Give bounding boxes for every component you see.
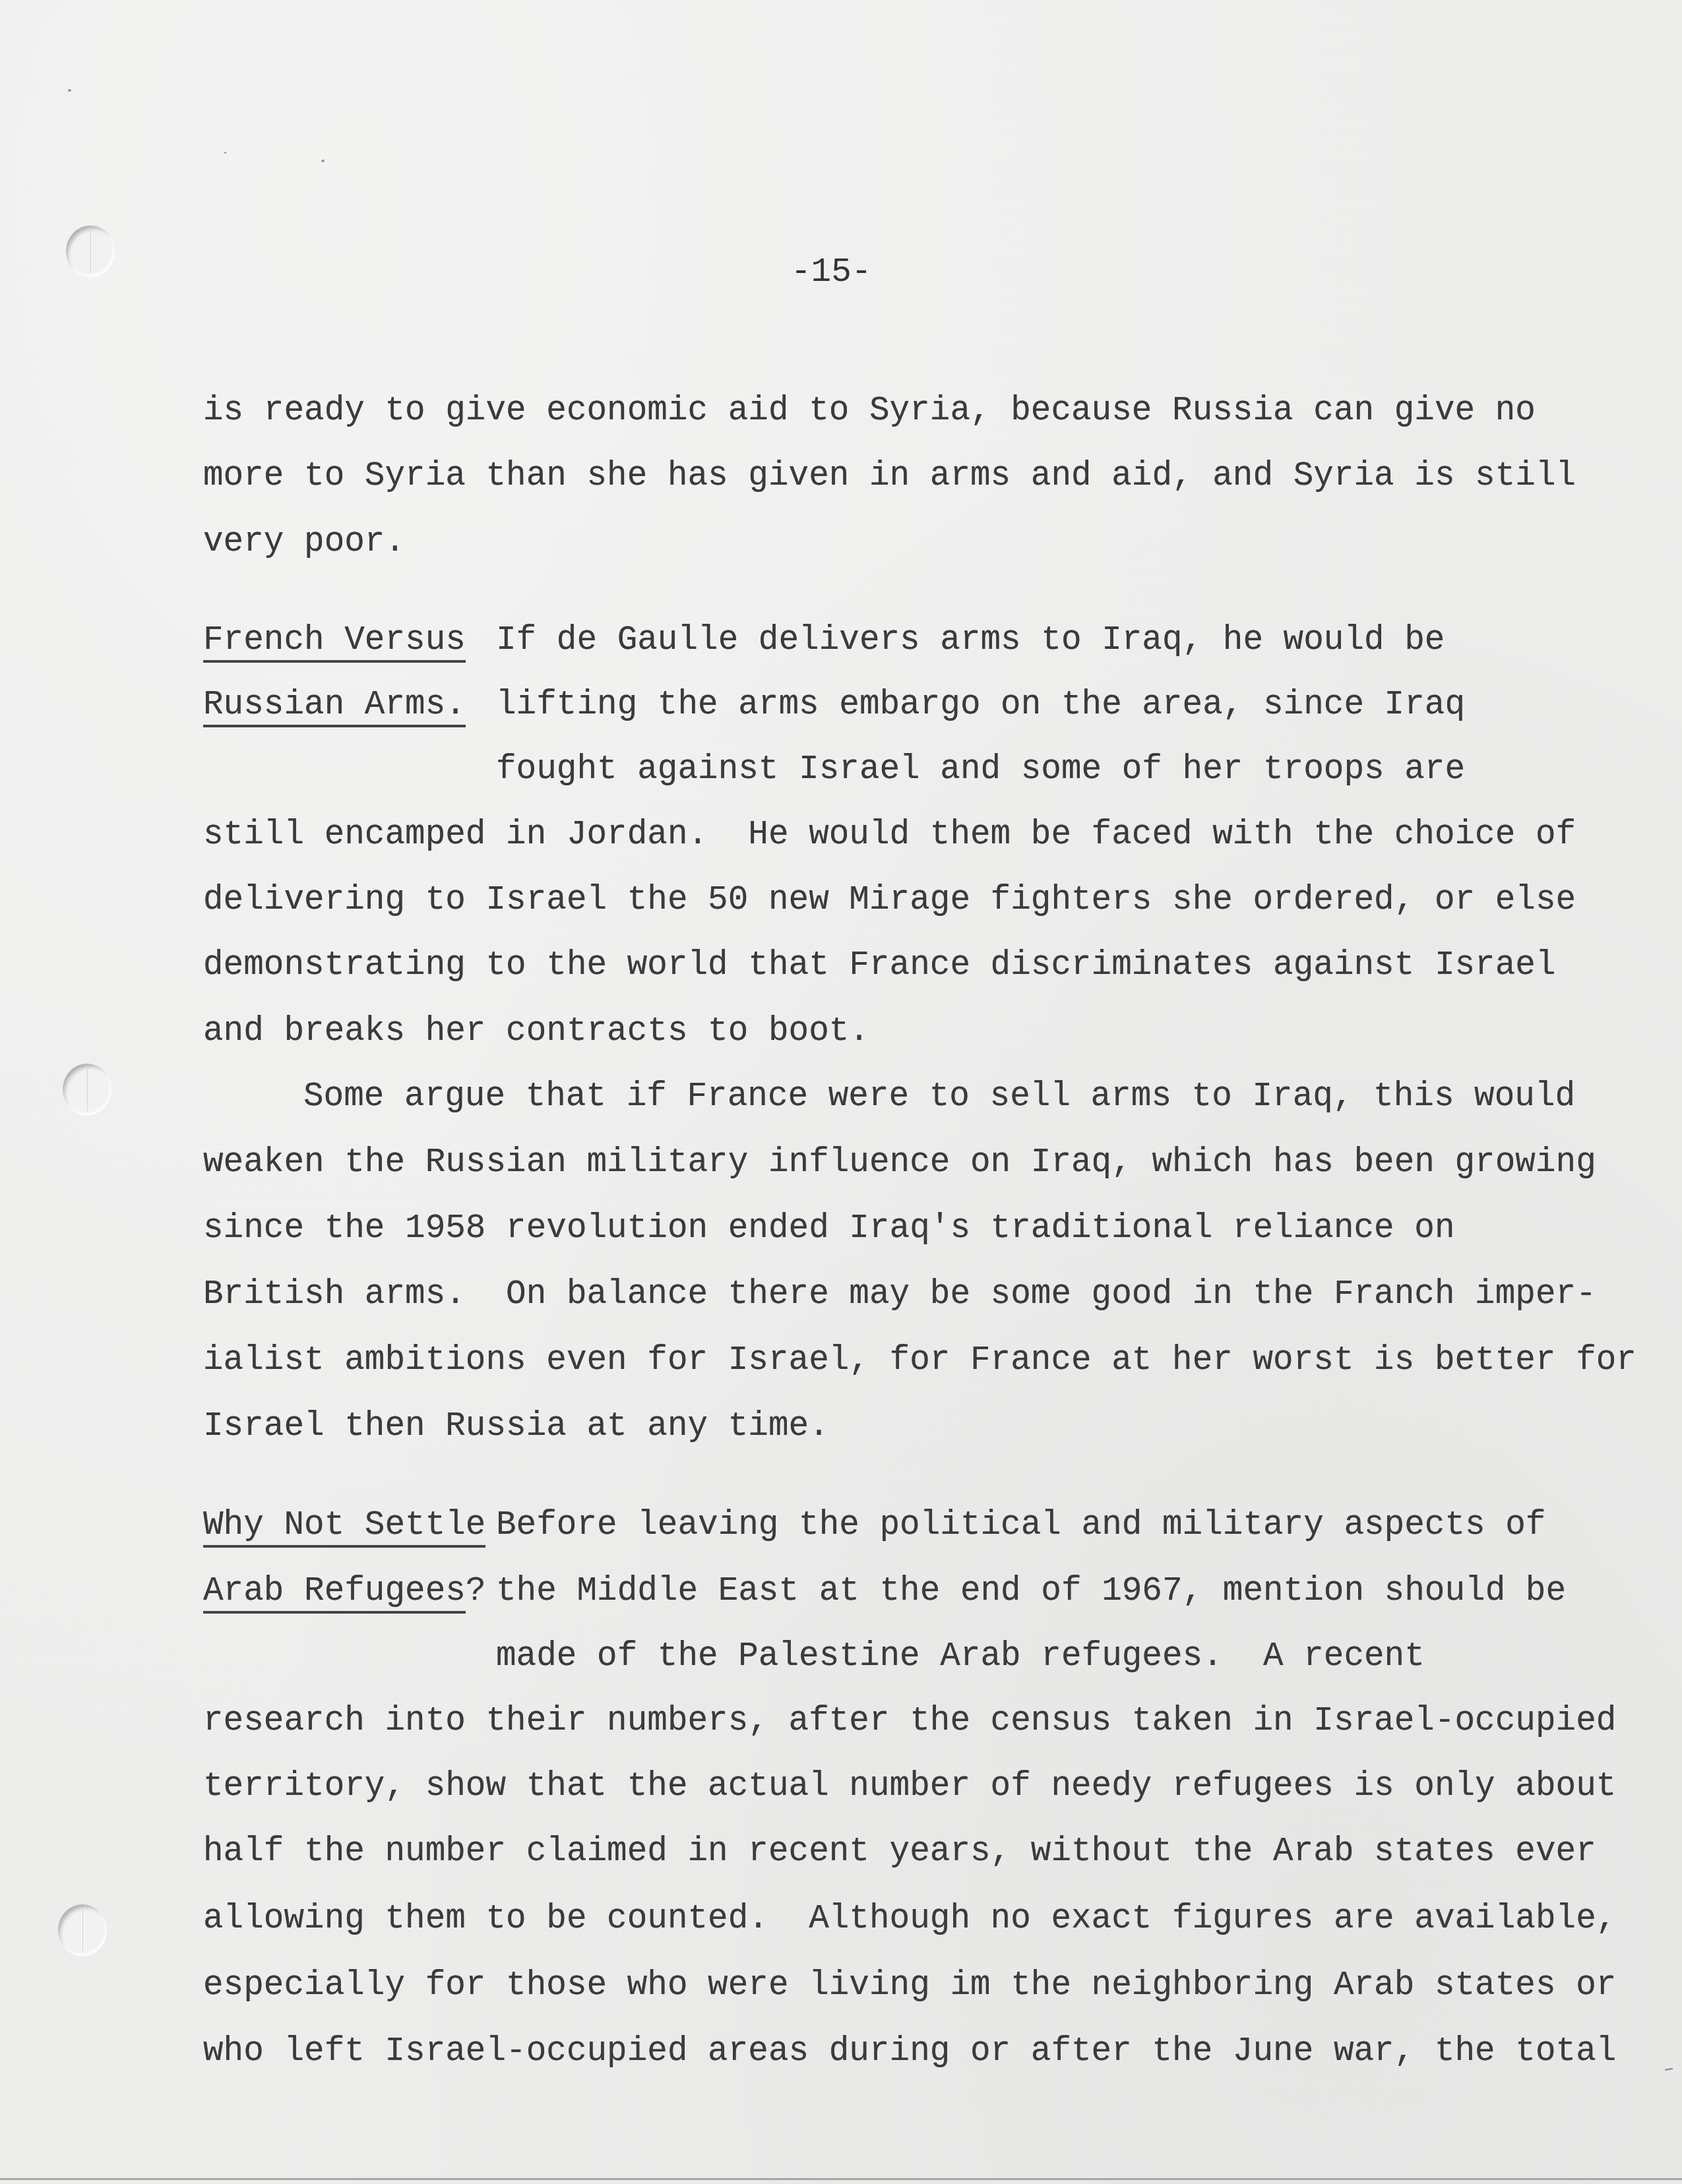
side-heading-line-2: Russian Arms.: [203, 688, 466, 727]
text-line: demonstrating to the world that France d…: [203, 949, 1556, 983]
side-heading-text: Arab Refugees: [203, 1575, 466, 1614]
text-line: Before leaving the political and militar…: [496, 1509, 1545, 1542]
dust-speck: [321, 160, 325, 162]
typewritten-page: -15- is ready to give economic aid to Sy…: [0, 0, 1682, 2184]
text-line: delivering to Israel the 50 new Mirage f…: [203, 884, 1576, 917]
text-line: territory, show that the actual number o…: [203, 1770, 1616, 1804]
text-line: fought against Israel and some of her tr…: [496, 753, 1465, 787]
text-line: the Middle East at the end of 1967, ment…: [496, 1575, 1566, 1608]
dust-speck: [68, 89, 71, 92]
text-line: made of the Palestine Arab refugees. A r…: [496, 1640, 1425, 1674]
text-line: especially for those who were living im …: [203, 1969, 1616, 2003]
page-number: -15-: [791, 256, 871, 289]
text-line: is ready to give economic aid to Syria, …: [203, 394, 1536, 428]
side-heading-line-2: Arab Refugees?: [203, 1575, 485, 1614]
text-line: research into their numbers, after the c…: [203, 1705, 1616, 1738]
text-line: allowing them to be counted. Although no…: [203, 1902, 1616, 1936]
side-heading-text: Russian Arms.: [203, 688, 466, 727]
text-line: very poor.: [203, 526, 405, 559]
text-line: half the number claimed in recent years,…: [203, 1835, 1596, 1869]
text-line: ialist ambitions even for Israel, for Fr…: [203, 1344, 1636, 1378]
text-line: weaken the Russian military influence on…: [203, 1146, 1596, 1180]
side-heading-line-1: Why Not Settle: [203, 1509, 485, 1548]
side-heading-text: French Versus: [203, 624, 466, 663]
punch-hole-middle: [63, 1064, 111, 1115]
text-line: Israel then Russia at any time.: [203, 1410, 829, 1443]
punch-hole-top: [66, 226, 115, 277]
text-line: who left Israel-occupied areas during or…: [203, 2035, 1616, 2069]
dust-speck: [224, 152, 226, 154]
text-line: and breaks her contracts to boot.: [203, 1015, 869, 1048]
text-line: If de Gaulle delivers arms to Iraq, he w…: [496, 624, 1445, 657]
text-line: Some argue that if France were to sell a…: [303, 1080, 1575, 1114]
text-line: still encamped in Jordan. He would them …: [203, 818, 1576, 852]
text-line: British arms. On balance there may be so…: [203, 1278, 1596, 1312]
text-line: lifting the arms embargo on the area, si…: [496, 688, 1465, 722]
side-heading-punctuation: ?: [466, 1573, 486, 1610]
side-heading-text: Why Not Settle: [203, 1509, 485, 1548]
page-bottom-edge: [0, 2178, 1682, 2180]
text-line: more to Syria than she has given in arms…: [203, 460, 1576, 493]
margin-tick-mark: [1665, 2068, 1673, 2071]
punch-hole-bottom: [58, 1904, 107, 1956]
text-line: since the 1958 revolution ended Iraq's t…: [203, 1212, 1455, 1246]
side-heading-line-1: French Versus: [203, 624, 466, 663]
